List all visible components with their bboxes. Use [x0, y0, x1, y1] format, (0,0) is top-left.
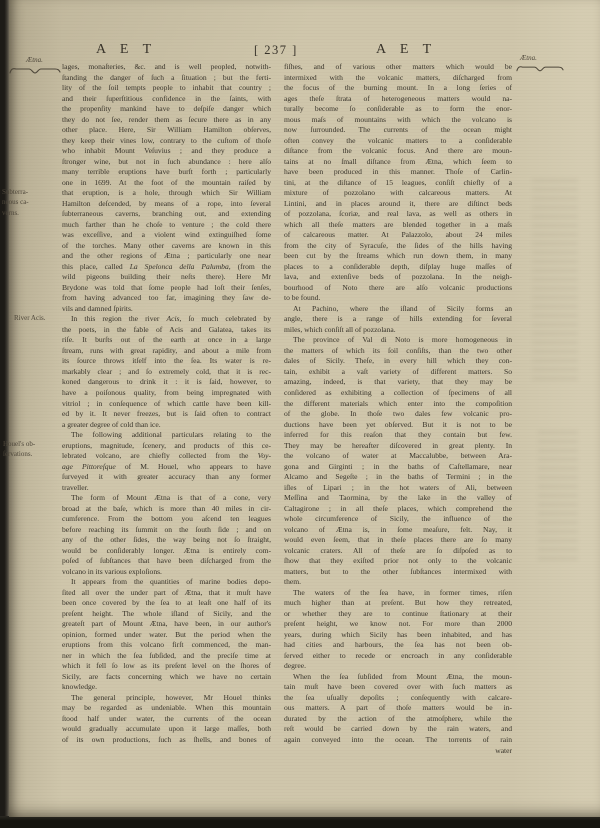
text-line: ſited all over the under part of Ætna, t…	[62, 588, 271, 599]
text-line: which it fell ſo low as its preſent leve…	[62, 661, 271, 672]
text-line: the focus of the burning mount. In a lon…	[284, 83, 512, 94]
text-line: of the torches. Many other caverns are k…	[62, 241, 271, 252]
showthrough-mark	[538, 430, 578, 560]
text-line: they keep their vines low, contrary to t…	[62, 136, 271, 147]
text-line: the ſea uſually depoſits ; conſequently …	[284, 693, 512, 704]
text-line: ſerved either to recede or encroach in a…	[284, 651, 512, 662]
text-line: been once covered by the ſea to at leaſt…	[62, 598, 271, 609]
margin-note-line: Houel's ob-	[3, 439, 57, 449]
text-line: wild pigeons building their neſts there)…	[62, 272, 271, 283]
text-line: have been produced in this manner. Thoſe…	[284, 167, 512, 178]
text-line: eruptions from this volcano firſt commen…	[62, 640, 271, 651]
text-line: and their ſuperſtitious confidence in th…	[62, 94, 271, 105]
page-number: [ 237 ]	[254, 43, 298, 58]
margin-note-line: Subterra-	[2, 187, 56, 197]
text-line: ſtood half under water, the currents of …	[62, 714, 271, 725]
text-line: ner in which the ſea ſubſided, and the p…	[62, 651, 271, 662]
text-column-left: lages, monaſteries, &c. and is well peop…	[62, 62, 271, 746]
text-line: knowledge.	[62, 682, 271, 693]
text-line: durated by the action of the atmoſphere,…	[284, 714, 512, 725]
text-line: degree.	[284, 661, 512, 672]
text-line: diſtance from the volcanic focus. And th…	[284, 146, 512, 157]
margin-note-river-acis: River Acis.	[14, 313, 64, 323]
text-line: opinion, formed under water. But the per…	[62, 630, 271, 641]
text-line: may be regarded as undeniable. When this…	[62, 703, 271, 714]
text-line: traveller.	[62, 483, 271, 494]
text-line: riſe. It burſts out of the earth at once…	[62, 335, 271, 346]
text-line: Meſſina and Taormina, by the lake in the…	[284, 493, 512, 504]
text-line: ſhow that they exiſted prior not only to…	[284, 556, 512, 567]
text-line: of calcareous matter. At Palazzolo, abou…	[284, 230, 512, 241]
text-line: ages theſe ſtrata of heterogeneous matte…	[284, 94, 512, 105]
text-line: the different materials which enter into…	[284, 399, 512, 410]
text-line: them.	[284, 577, 512, 588]
text-line: eruptions, magnitude, ſcenery, and produ…	[62, 441, 271, 452]
text-line: reſt would be carried down by the rain w…	[284, 724, 512, 735]
text-line: cumference. From the bottom you aſcend t…	[62, 514, 271, 525]
text-line: a greater degree of cold than ice.	[62, 420, 271, 431]
margin-note-line: River Acis.	[14, 313, 64, 323]
text-line: of the globe. In thoſe two dales few vol…	[284, 409, 512, 420]
text-line: tain, exhibit a vaſt variety of differen…	[284, 367, 512, 378]
text-line: vils and damned ſpirits.	[62, 304, 271, 315]
text-line: volcanic craters. All of theſe are ſo di…	[284, 546, 512, 557]
text-line: from the city of Syracuſe, the ſides of …	[284, 241, 512, 252]
text-line: poſed of ſubſtances that have been diſch…	[62, 556, 271, 567]
text-line: had cities and harbours, the ſea has not…	[284, 640, 512, 651]
text-line: was exceſſive, and a violent wind exting…	[62, 230, 271, 241]
text-line: ſtronger wine, but not in ſuch abundance…	[62, 157, 271, 168]
text-line: It appears from the quantities of marine…	[62, 577, 271, 588]
text-line: one in 1699. At the foot of the mountain…	[62, 178, 271, 189]
text-line: intermixed with the volcanic matters, di…	[284, 73, 512, 84]
scanned-book-page: A E T [ 237 ] A E T lages, monaſteries, …	[0, 0, 600, 828]
text-line: tains at no ſmall diſtance from Ætna, wh…	[284, 157, 512, 168]
text-line: any of the other ſides, the way being no…	[62, 535, 271, 546]
text-line: many terrible eruptions have burſt forth…	[62, 167, 271, 178]
text-line: miles, which conſiſt all of pozzolana.	[284, 325, 512, 336]
text-line: Lintini, and in places around it, there …	[284, 199, 512, 210]
text-line: Brydone was told that ſome people had lo…	[62, 283, 271, 294]
text-line: gona and Girginti ; in the baths of Caſt…	[284, 462, 512, 473]
text-line: mixture of pozzolano with calcareous mat…	[284, 188, 512, 199]
text-line: ſtanding the danger of ſuch a ſituation …	[62, 73, 271, 84]
text-line: again conveyed into the ocean. The torre…	[284, 735, 512, 746]
text-line: dales of Sicily. Theſe, in every hill wh…	[284, 356, 512, 367]
text-line: who inhabit Mount Veſuvius ; and they pr…	[62, 146, 271, 157]
margin-note-line: Ætna.	[516, 53, 564, 63]
text-line: They may be hereafter diſcovered in grea…	[284, 441, 512, 452]
text-line: lava, and extenſive beds of pozzolana. I…	[284, 272, 512, 283]
text-line: broad at the baſe, which is more than 40…	[62, 504, 271, 515]
margin-note-line: Ætna.	[8, 55, 62, 65]
text-line: Caltagirone ; in all theſe places, which…	[284, 504, 512, 515]
margin-note-aetna-left: Ætna.	[8, 55, 62, 76]
text-line: ous matters. A part of thoſe matters wou…	[284, 703, 512, 714]
text-line: much farther than he choſe to venture ; …	[62, 220, 271, 231]
text-line: turally become ſo conſiderable as to for…	[284, 104, 512, 115]
showthrough-mark	[532, 175, 578, 380]
text-line: from having advanced too far, imagining …	[62, 293, 271, 304]
text-line: this place, called La Spelonca della Pal…	[62, 262, 271, 273]
text-line: ſurveyed it with greater accuracy than a…	[62, 472, 271, 483]
text-line: Alcamo and Segeſte ; in the baths of Ter…	[284, 472, 512, 483]
margin-flourish	[516, 63, 564, 74]
text-line: vitriol ; in conſequence of which cattle…	[62, 399, 271, 410]
text-line: In this region the river Acis, ſo much c…	[62, 314, 271, 325]
text-line: been cut by the ſtreams which run down t…	[284, 251, 512, 262]
text-line: preſent height, we know not. For more th…	[284, 619, 512, 630]
text-line: volcano of Ætna is, in ſome meaſure, fel…	[284, 525, 512, 536]
text-line: other place. Here, Sir William Hamilton …	[62, 125, 271, 136]
text-line: At Pachino, where the iſland of Sicily f…	[284, 304, 512, 315]
margin-note-subterraneous-caverns: Subterra-neous ca-verns.	[2, 187, 56, 218]
margin-note-line: ſervations.	[3, 449, 57, 459]
text-line: or whether they are to continue ſtationa…	[284, 609, 512, 620]
text-line: would be conſiderably longer. Ætna is en…	[62, 546, 271, 557]
text-line: and the other regions of Ætna ; particul…	[62, 251, 271, 262]
running-header-right: A E T	[376, 42, 437, 58]
text-line: amazing, indeed, is that variety, that t…	[284, 377, 512, 388]
text-line: preſent height. The whole iſland of Sici…	[62, 609, 271, 620]
text-line: much higher than at preſent. But how the…	[284, 598, 512, 609]
text-line: ductions have been yet obſerved. But it …	[284, 420, 512, 431]
text-line: Hamilton deſcended, by means of a rope, …	[62, 199, 271, 210]
text-line: conſidered as exhibiting a collection of…	[284, 388, 512, 399]
margin-flourish	[8, 65, 62, 76]
margin-note-line: verns.	[2, 208, 56, 218]
text-line: which all theſe matters are blended toge…	[284, 220, 512, 231]
text-line: years, during which Sicily has been inha…	[284, 630, 512, 641]
text-line: tini, at the diſtance of 15 leagues, con…	[284, 178, 512, 189]
text-line: age Pittoreſque of M. Houel, who appears…	[62, 462, 271, 473]
text-line: now ſurrounded. The currents of the ocea…	[284, 125, 512, 136]
text-line: ed by it. It never freezes, but is ſaid …	[62, 409, 271, 420]
text-line: whole circumference of Sicily, the influ…	[284, 514, 512, 525]
text-line: ſubterraneous caverns, branching out, an…	[62, 209, 271, 220]
text-line: When the ſea ſubſided from Mount Ætna, t…	[284, 672, 512, 683]
text-line: lity of the ſoil tempts people to inhabi…	[62, 83, 271, 94]
text-line: markably clear ; and ſo extremely cold, …	[62, 367, 271, 378]
text-line: often convey the volcanic matters to a c…	[284, 136, 512, 147]
text-line: The province of Val di Noto is more homo…	[284, 335, 512, 346]
text-line: places to a conſiderable depth, diſplay …	[284, 262, 512, 273]
running-header-left: A E T	[96, 42, 157, 58]
text-line: the volcano of water at Maccalubbe, betw…	[284, 451, 512, 462]
text-line: that eruption, is a hole, through which …	[62, 188, 271, 199]
text-line: The waters of the ſea have, in former ti…	[284, 588, 512, 599]
margin-note-houels-observations: Houel's ob-ſervations.	[3, 439, 57, 460]
text-line: The form of Mount Ætna is that of a cone…	[62, 493, 271, 504]
text-line: volcano in its various exploſions.	[62, 567, 271, 578]
text-line: the matters of which its ſoil conſiſts, …	[284, 346, 512, 357]
page-edge-bottom	[0, 816, 600, 828]
text-line: iſles of Lipari ; in the hot waters of A…	[284, 483, 512, 494]
text-line: they do not ſee, render them as ſecure t…	[62, 115, 271, 126]
text-line: The general principle, however, Mr Houel…	[62, 693, 271, 704]
text-line: of its own productions, ſuch as ſhells, …	[62, 735, 271, 746]
text-line: the poets, in the fable of Acis and Gala…	[62, 325, 271, 336]
text-line: ſtream, runs with great rapidity, and ab…	[62, 346, 271, 357]
text-line: to be found.	[284, 293, 512, 304]
text-line: matters, but to the other ſubſtances int…	[284, 567, 512, 578]
text-line: fiſhes, and of various other matters whi…	[284, 62, 512, 73]
text-line: of pozzolana, ſcoriæ, and real lava, as …	[284, 209, 512, 220]
text-line: lebrated volcano, are chiefly collected …	[62, 451, 271, 462]
text-line: The following additional particulars rel…	[62, 430, 271, 441]
text-line: lages, monaſteries, &c. and is well peop…	[62, 62, 271, 73]
text-line: tain muſt have been covered over with ſu…	[284, 682, 512, 693]
text-line: greateſt part of Mount Ætna, have been, …	[62, 619, 271, 630]
text-line: bourhood of Noto there are alſo volcanic…	[284, 283, 512, 294]
text-line: would gradually accumulate upon it large…	[62, 724, 271, 735]
text-line: Sicily, are facts concerning which we ha…	[62, 672, 271, 683]
text-line: have a poiſonous quality, from being imp…	[62, 388, 271, 399]
text-line: before reaching its ſummit on the ſouth …	[62, 525, 271, 536]
catchword: water	[284, 746, 512, 757]
margin-note-aetna-right: Ætna.	[516, 53, 564, 74]
text-line: koned dangerous to drink it : it is ſaid…	[62, 377, 271, 388]
text-line: inferred for this reaſon that they conta…	[284, 430, 512, 441]
text-column-right: fiſhes, and of various other matters whi…	[284, 62, 512, 756]
text-line: the propenſity mankind have to deſpiſe d…	[62, 104, 271, 115]
text-line: its ſource throws itſelf into the ſea. I…	[62, 356, 271, 367]
text-line: would even ſeem, that in theſe places th…	[284, 535, 512, 546]
margin-note-line: neous ca-	[2, 197, 56, 207]
text-line: angle, there is a range of hills extendi…	[284, 314, 512, 325]
text-line: mous maſs of mountains with which the vo…	[284, 115, 512, 126]
